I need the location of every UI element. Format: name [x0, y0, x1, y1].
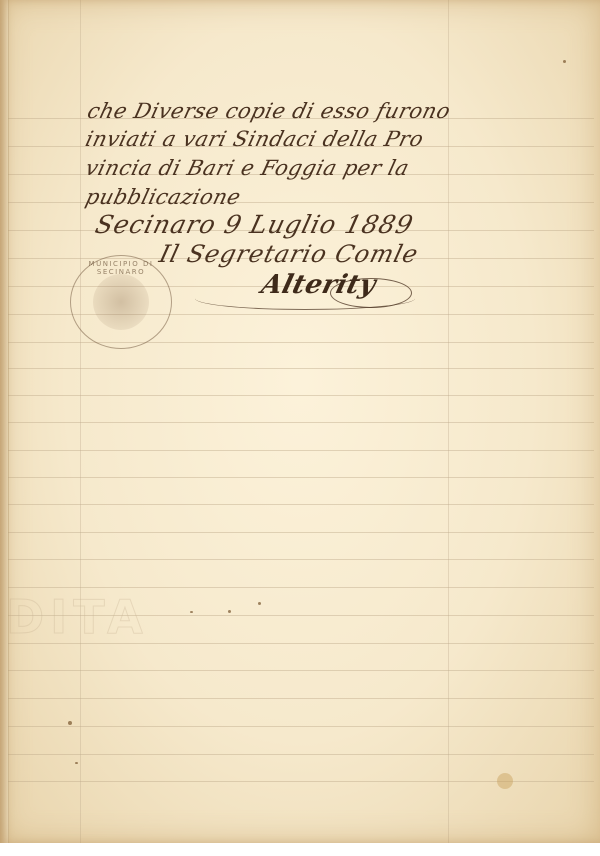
- place-date-line: Secinaro 9 Luglio 1889: [92, 210, 416, 239]
- secretary-title-line: Il Segretario Comle: [157, 240, 422, 268]
- ruled-line: [8, 587, 594, 588]
- ink-spot: [190, 611, 193, 613]
- ink-spot: [228, 610, 231, 613]
- ruled-line: [8, 477, 594, 478]
- ruled-line: [8, 450, 594, 451]
- handwritten-line-2: inviati a vari Sindaci della Pro: [83, 127, 426, 151]
- coat-of-arms-icon: [93, 274, 149, 330]
- municipal-seal-stamp: MUNICIPIO DI SECINARO: [70, 255, 172, 349]
- document-page: DITA che Diverse copie di esso furono in…: [0, 0, 600, 843]
- ink-spot: [563, 60, 566, 63]
- signature: Alterity: [258, 270, 379, 300]
- ruled-line: [8, 698, 594, 699]
- ruled-line: [8, 532, 594, 533]
- ruled-line: [8, 368, 594, 369]
- ruled-line: [8, 670, 594, 671]
- handwritten-line-3: vincia di Bari e Foggia per la: [83, 156, 412, 180]
- ruled-line: [8, 726, 594, 727]
- handwritten-line-1: che Diverse copie di esso furono: [85, 99, 453, 123]
- ink-spot: [258, 602, 261, 605]
- foxing-stain: [497, 773, 513, 789]
- ruled-line: [8, 559, 594, 560]
- ruled-line: [8, 395, 594, 396]
- ruled-line: [8, 422, 594, 423]
- ink-spot: [75, 762, 78, 764]
- paper-watermark: DITA: [6, 590, 149, 644]
- ink-spot: [68, 721, 72, 725]
- ruled-line: [8, 504, 594, 505]
- handwritten-line-4: pubblicazione: [83, 185, 243, 209]
- ruled-line: [8, 754, 594, 755]
